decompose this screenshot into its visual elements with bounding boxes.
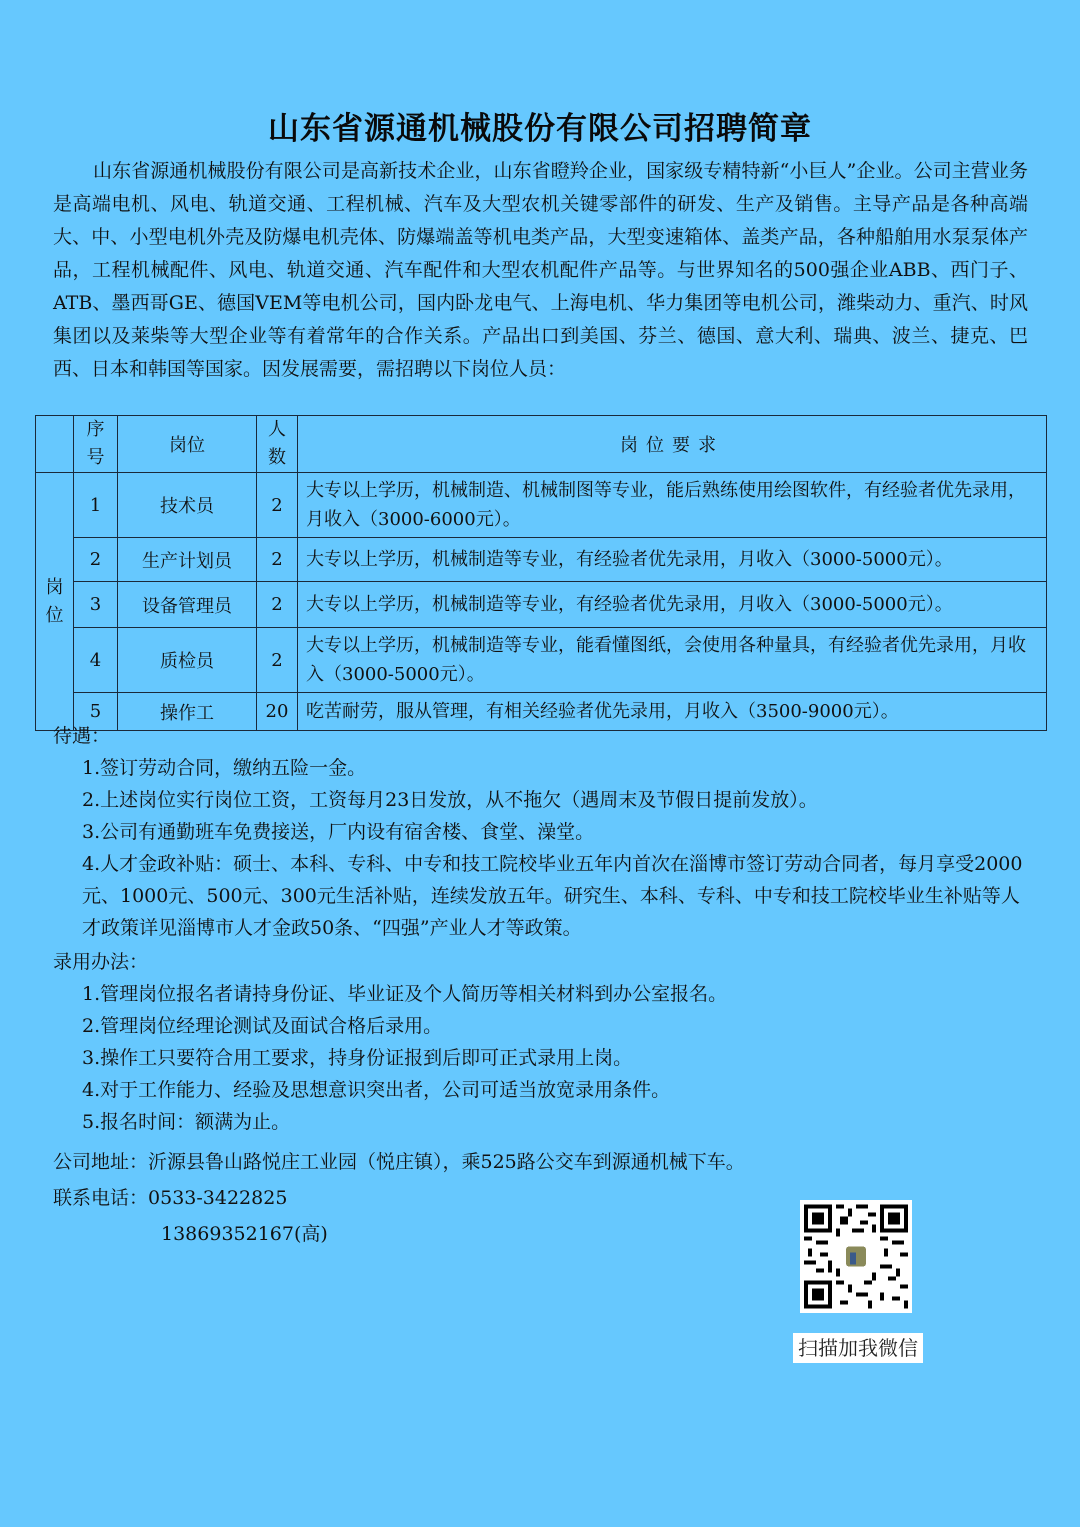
row-count: 20 <box>257 693 298 731</box>
phone-line-1: 联系电话：0533-3422825 <box>53 1180 745 1216</box>
qr-caption: 扫描加我微信 <box>793 1333 923 1363</box>
phone-label: 联系电话： <box>53 1187 148 1209</box>
hiring-item: 1.管理岗位报名者请持身份证、毕业证及个人简历等相关材料到办公室报名。 <box>82 978 1027 1010</box>
benefit-item: 1.签订劳动合同，缴纳五险一金。 <box>82 752 1027 784</box>
row-num: 3 <box>74 582 118 628</box>
benefit-item: 3.公司有通勤班车免费接送，厂内设有宿舍楼、食堂、澡堂。 <box>82 816 1027 848</box>
header-count: 人 数 <box>257 416 298 473</box>
hiring-item: 2.管理岗位经理论测试及面试合格后录用。 <box>82 1010 1027 1042</box>
row-num: 4 <box>74 628 118 693</box>
benefit-item: 2.上述岗位实行岗位工资，工资每月23日发放，从不拖欠（遇周末及节假日提前发放）… <box>82 784 1027 816</box>
table-header-row: 序 号 岗位 人 数 岗位要求 <box>36 416 1047 473</box>
table-row: 岗 位 1 技术员 2 大专以上学历，机械制造、机械制图等专业，能后熟练使用绘图… <box>36 473 1047 538</box>
row-requirements: 大专以上学历，机械制造等专业，有经验者优先录用，月收入（3000-5000元）。 <box>298 582 1047 628</box>
table-row: 5 操作工 20 吃苦耐劳，服从管理，有相关经验者优先录用，月收入（3500-9… <box>36 693 1047 731</box>
hiring-heading: 录用办法： <box>53 946 148 978</box>
phone-number-1: 0533-3422825 <box>148 1187 287 1209</box>
row-count: 2 <box>257 473 298 538</box>
intro-paragraph: 山东省源通机械股份有限公司是高新技术企业，山东省瞪羚企业，国家级专精特新“小巨人… <box>53 155 1028 386</box>
hiring-list: 1.管理岗位报名者请持身份证、毕业证及个人简历等相关材料到办公室报名。 2.管理… <box>82 978 1027 1138</box>
contact-block: 公司地址：沂源县鲁山路悦庄工业园（悦庄镇），乘525路公交车到源通机械下车。 联… <box>53 1144 745 1252</box>
row-num: 2 <box>74 538 118 582</box>
job-positions-table: 序 号 岗位 人 数 岗位要求 岗 位 1 技术员 2 大专以上学历，机械制造、… <box>35 415 1047 731</box>
header-count-char-1: 人 <box>257 416 297 444</box>
row-position: 技术员 <box>118 473 257 538</box>
company-address: 公司地址：沂源县鲁山路悦庄工业园（悦庄镇），乘525路公交车到源通机械下车。 <box>53 1144 745 1180</box>
page-title: 山东省源通机械股份有限公司招聘简章 <box>0 103 1080 148</box>
benefit-item: 4.人才金政补贴：硕士、本科、专科、中专和技工院校毕业五年内首次在淄博市签订劳动… <box>82 848 1027 944</box>
row-position: 操作工 <box>118 693 257 731</box>
table-row: 2 生产计划员 2 大专以上学历，机械制造等专业，有经验者优先录用，月收入（30… <box>36 538 1047 582</box>
table-row: 4 质检员 2 大专以上学历，机械制造等专业，能看懂图纸，会使用各种量具，有经验… <box>36 628 1047 693</box>
group-header-empty <box>36 416 74 473</box>
header-num-char-1: 序 <box>74 416 117 444</box>
wechat-qr-code-icon[interactable] <box>800 1200 912 1313</box>
header-count-char-2: 数 <box>257 444 297 472</box>
row-position: 生产计划员 <box>118 538 257 582</box>
group-label: 岗 位 <box>36 473 74 731</box>
row-position: 设备管理员 <box>118 582 257 628</box>
header-num: 序 号 <box>74 416 118 473</box>
benefits-list: 1.签订劳动合同，缴纳五险一金。 2.上述岗位实行岗位工资，工资每月23日发放，… <box>82 752 1027 944</box>
row-requirements: 吃苦耐劳，服从管理，有相关经验者优先录用，月收入（3500-9000元）。 <box>298 693 1047 731</box>
header-num-char-2: 号 <box>74 444 117 472</box>
group-label-char-1: 岗 <box>36 574 73 602</box>
row-requirements: 大专以上学历，机械制造等专业，有经验者优先录用，月收入（3000-5000元）。 <box>298 538 1047 582</box>
row-requirements: 大专以上学历，机械制造等专业，能看懂图纸，会使用各种量具，有经验者优先录用，月收… <box>298 628 1047 693</box>
row-count: 2 <box>257 538 298 582</box>
hiring-item: 3.操作工只要符合用工要求，持身份证报到后即可正式录用上岗。 <box>82 1042 1027 1074</box>
row-count: 2 <box>257 582 298 628</box>
hiring-item: 4.对于工作能力、经验及思想意识突出者，公司可适当放宽录用条件。 <box>82 1074 1027 1106</box>
header-requirements: 岗位要求 <box>298 416 1047 473</box>
row-num: 1 <box>74 473 118 538</box>
row-requirements: 大专以上学历，机械制造、机械制图等专业，能后熟练使用绘图软件，有经验者优先录用，… <box>298 473 1047 538</box>
row-count: 2 <box>257 628 298 693</box>
table-row: 3 设备管理员 2 大专以上学历，机械制造等专业，有经验者优先录用，月收入（30… <box>36 582 1047 628</box>
group-label-char-2: 位 <box>36 602 73 630</box>
row-position: 质检员 <box>118 628 257 693</box>
benefits-heading: 待遇： <box>53 720 110 752</box>
phone-number-2: 13869352167(高) <box>53 1216 745 1252</box>
header-position: 岗位 <box>118 416 257 473</box>
hiring-item: 5.报名时间：额满为止。 <box>82 1106 1027 1138</box>
